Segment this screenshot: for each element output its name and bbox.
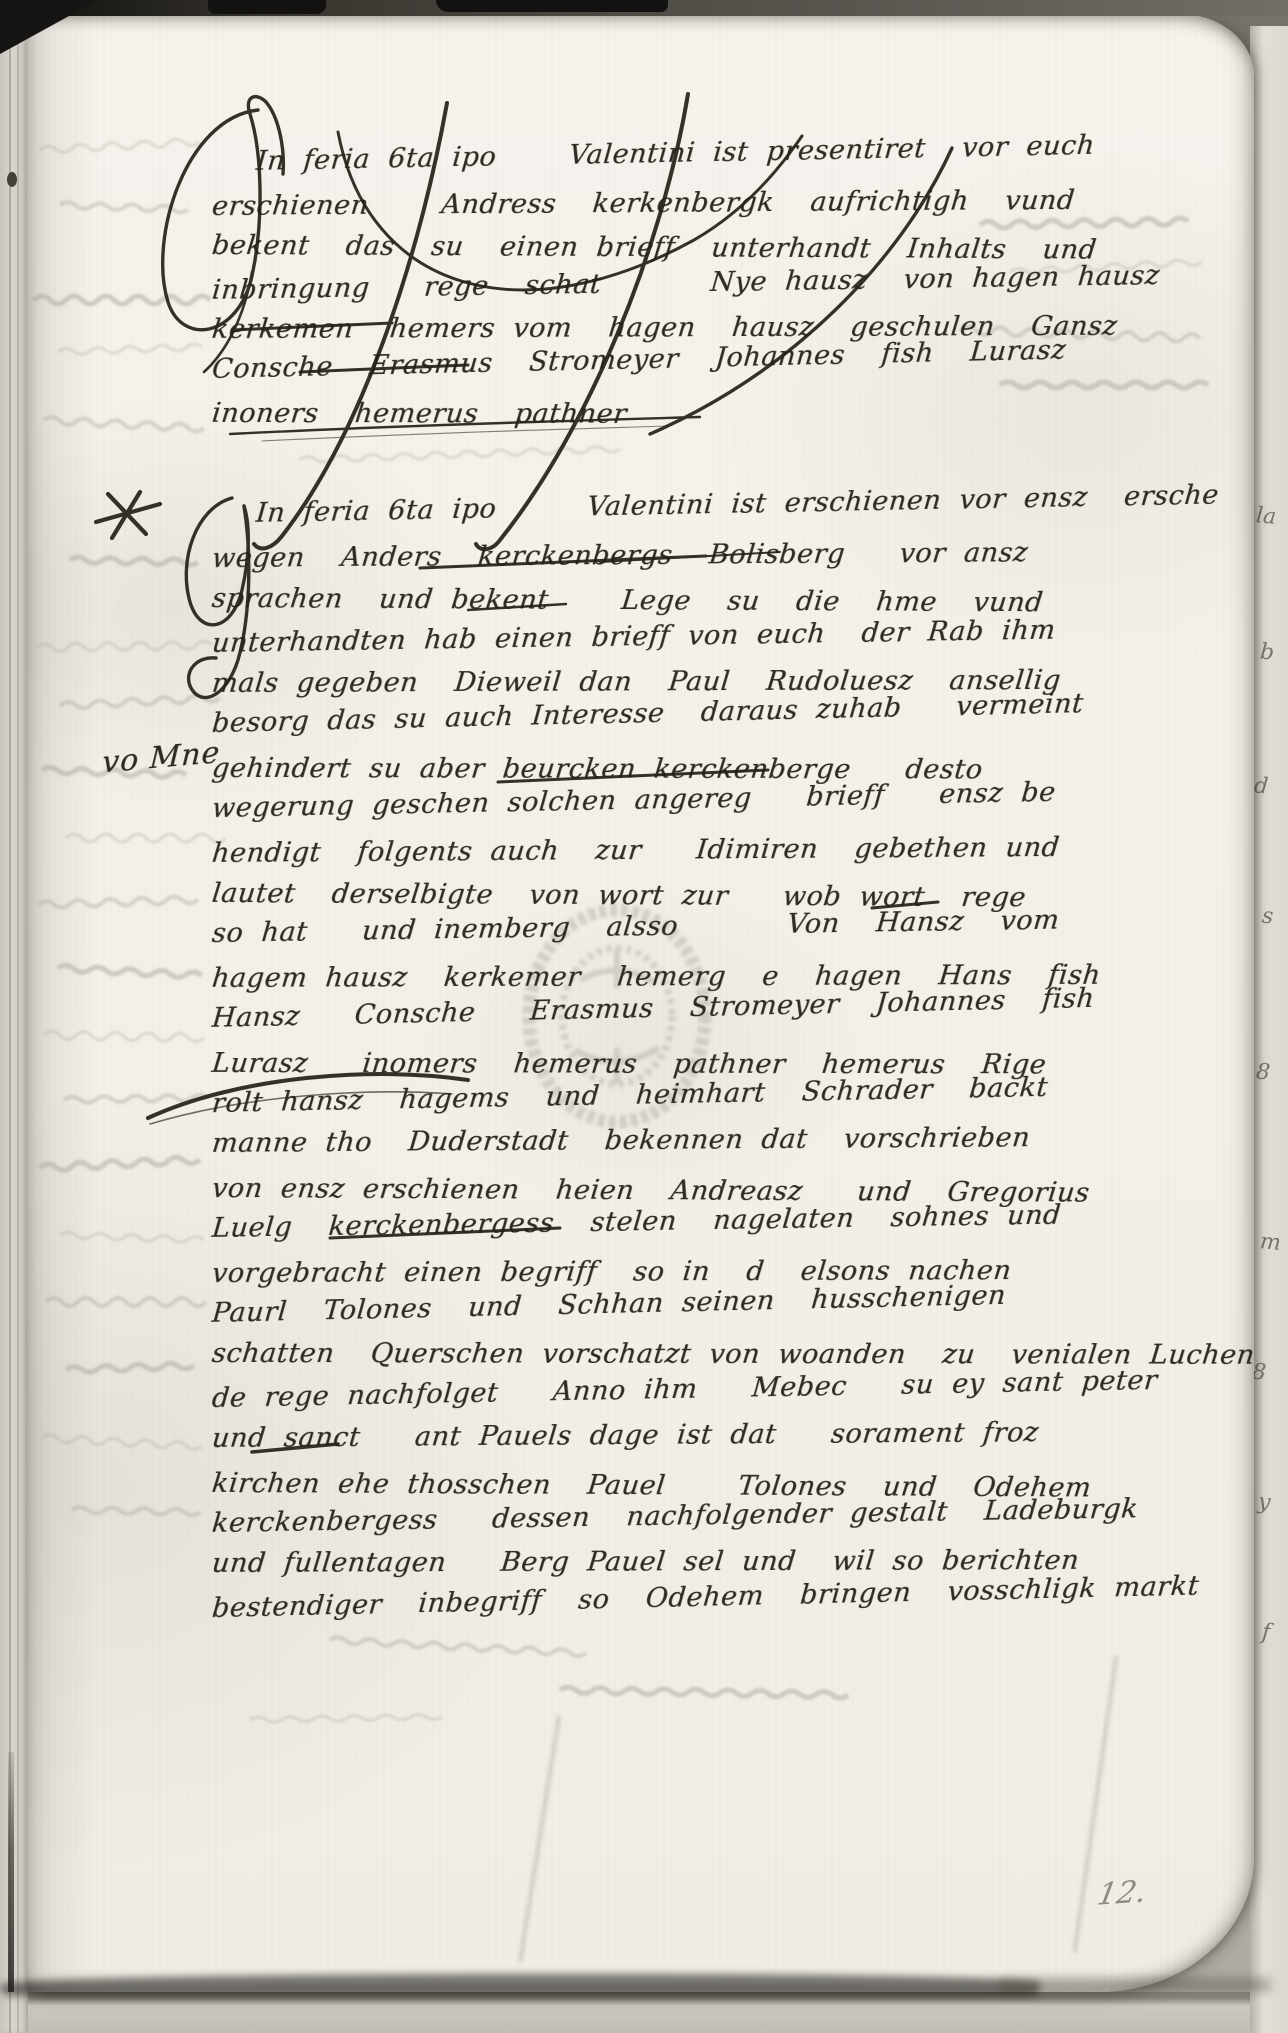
text-line: manne tho Duderstadt bekennen dat vorsch… [210, 1122, 1031, 1159]
book-gutter-edge [0, 0, 28, 2033]
margin-asterisk-mark [96, 492, 160, 538]
page-bottom-shadow [1000, 1978, 1270, 1992]
manuscript-page: vo Mne 12. [26, 14, 1254, 1992]
text-line: und sanct ant Pauels dage ist dat sorame… [210, 1417, 1040, 1454]
text-line: sprachen und bekent Lege su die hme vund [210, 583, 1044, 618]
background-fragment [208, 0, 326, 14]
binding-cord-shadow [8, 1752, 14, 1992]
edge-writing-fragment: f [1261, 1620, 1271, 1646]
edge-writing-fragment: y [1257, 1490, 1272, 1516]
text-line: bekent das su einen brieff unterhandt In… [210, 230, 1098, 266]
text-line: und fullentagen Berg Pauel sel und wil s… [210, 1545, 1080, 1579]
edge-writing-fragment: s [1261, 904, 1274, 930]
text-line: wegen Anders kerckenbergs Bolisberg vor … [210, 537, 1029, 574]
gutter-crease [17, 0, 19, 2033]
edge-writing-fragment: la [1255, 503, 1277, 530]
edge-writing-fragment: b [1259, 639, 1275, 665]
edge-writing-fragment: m [1259, 1229, 1282, 1256]
text-line: erschienen Andress kerkenbergk aufrichti… [210, 184, 1076, 221]
underlying-pages-edge [0, 1992, 1288, 2033]
binding-hole [7, 172, 17, 187]
edge-writing-fragment: d [1253, 773, 1269, 799]
gutter-crease [9, 0, 11, 2033]
photographed-manuscript: labds8m8yf vo Mne 12. [0, 0, 1288, 2033]
page-bottom-shadow [0, 1974, 1040, 1996]
adjacent-page-edge: labds8m8yf [1250, 26, 1288, 2033]
background-fragment [436, 0, 668, 12]
text-line: hendigt folgents auch zur Idimiren gebet… [210, 832, 1060, 869]
text-line: inoners hemerus pathner [210, 398, 628, 430]
edge-writing-fragment: 8 [1255, 1059, 1271, 1085]
